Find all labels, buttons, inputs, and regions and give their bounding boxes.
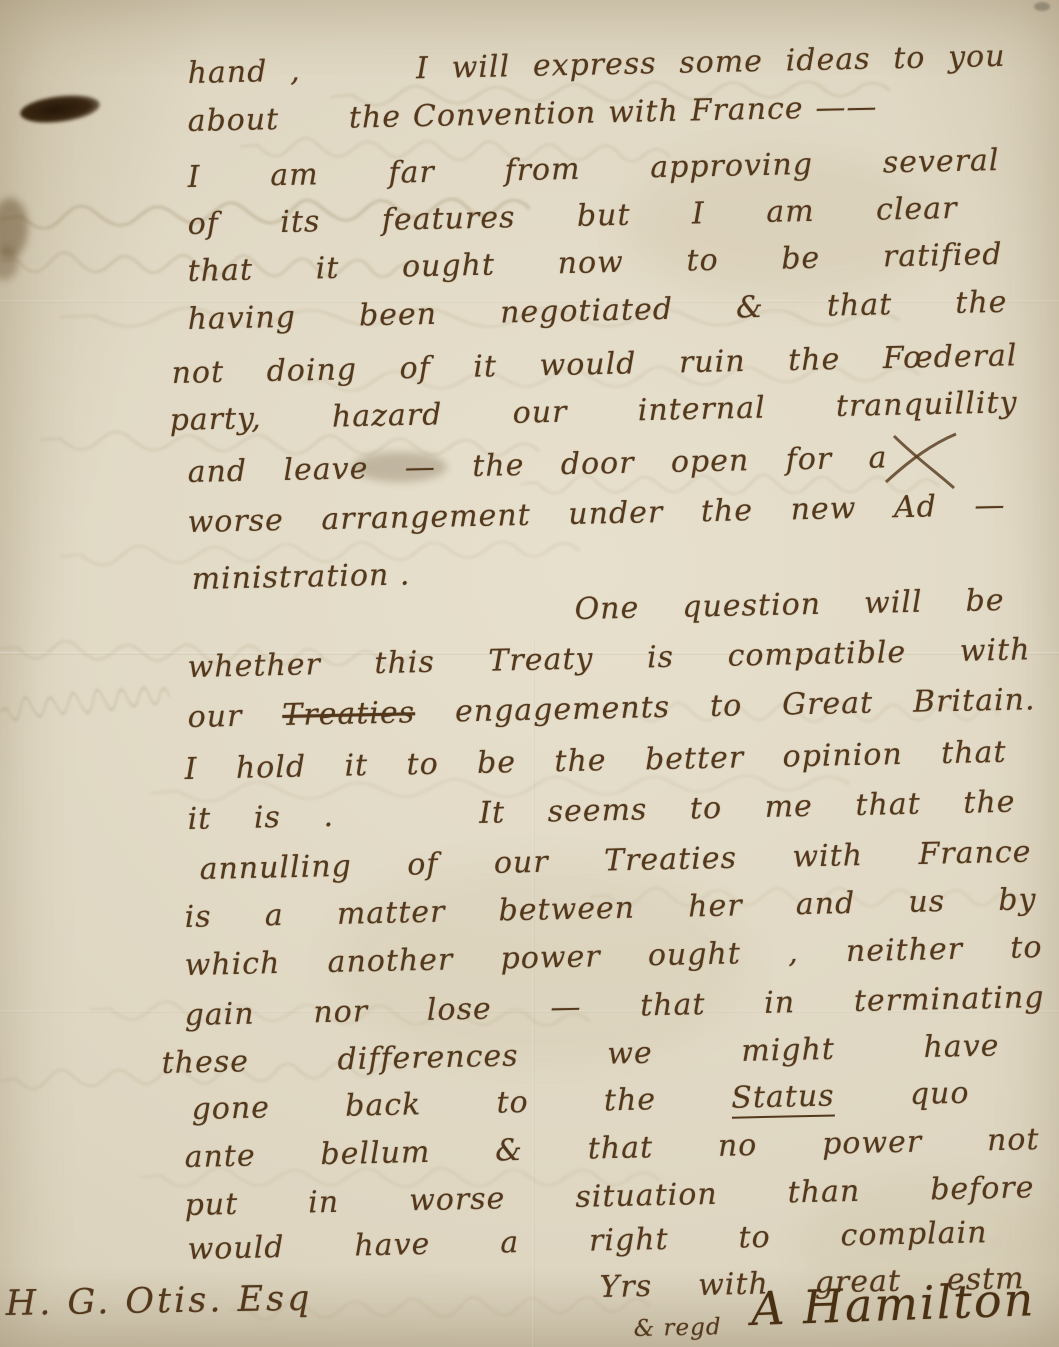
letter-text: our [187, 699, 242, 735]
letter-line: hand , I will express some ideas to you [187, 39, 1006, 91]
letter-text: hand , [187, 54, 301, 91]
signature: A Hamilton [750, 1272, 1036, 1336]
letter-text: about [187, 102, 279, 139]
letter-line: having been negotiated & that the [187, 285, 1008, 337]
handwriting-gap [291, 127, 337, 129]
letter-line: which another power ought , neither to [184, 930, 1043, 983]
letter-line: put in worse situation than before [184, 1170, 1035, 1223]
letter-line: would have a right to complain [187, 1215, 988, 1267]
letter-text: it is . [187, 799, 334, 837]
letter-line: it is . It seems to me that the [187, 785, 1016, 837]
letter-text: quo [910, 1076, 970, 1112]
edge-smudge [0, 246, 18, 280]
ink-blotch [19, 91, 102, 127]
letter-line: not doing of it would ruin the Fœderal [171, 338, 1018, 391]
valediction-second: & regd [633, 1314, 721, 1342]
letter-line: our Treaties engagements to Great Britai… [187, 682, 1036, 735]
letter-line: worse arrangement under the new Ad — [187, 488, 1006, 540]
letter-line: is a matter between her and us by [184, 882, 1037, 935]
letter-line: about the Convention with France —— [187, 90, 878, 139]
letter-line: gain nor lose — that in terminating [184, 980, 1045, 1033]
bleed-through-writing [0, 679, 171, 727]
ink-flourish-x [880, 430, 960, 492]
letter-line: that it ought now to be ratified [187, 237, 1003, 289]
letter-line: I hold it to be the better opinion that [184, 735, 1007, 787]
letter-line: I am far from approving several [187, 143, 1000, 195]
letter-line: party, hazard our internal tranquillity [169, 385, 1018, 438]
handwriting-gap [377, 823, 437, 825]
letter-line: ante bellum & that no power not [184, 1122, 1040, 1175]
letter-text: I will express some ideas to you [416, 39, 1006, 86]
letter-line: One question will be [574, 583, 1005, 627]
crossed-out-word: Treaties [282, 695, 416, 733]
letter-line: of its features but I am clear [187, 191, 958, 242]
letter-line: ministration . [191, 557, 410, 597]
letter-line: and leave — the door open for a [187, 440, 888, 490]
letter-line: these differences we might have [161, 1028, 1000, 1081]
letter-text: gone back to the [191, 1082, 656, 1127]
letter-line: whether this Treaty is compatible with [187, 632, 1031, 685]
underlined-word: Status [731, 1079, 835, 1119]
letter-text: engagements to Great Britain. [455, 682, 1036, 729]
letter-line: annulling of our Treaties with France [199, 835, 1032, 887]
letter-page: hand , I will express some ideas to you … [0, 0, 1059, 1347]
edge-smudge [0, 198, 28, 258]
corner-speck [1034, 2, 1050, 11]
letter-text: the Convention with France —— [349, 90, 878, 136]
addressee: H. G. Otis. Esq [5, 1279, 312, 1324]
letter-line: gone back to the Status quo [191, 1076, 970, 1127]
letter-text: It seems to me that the [479, 785, 1016, 831]
handwriting-gap [324, 78, 394, 80]
